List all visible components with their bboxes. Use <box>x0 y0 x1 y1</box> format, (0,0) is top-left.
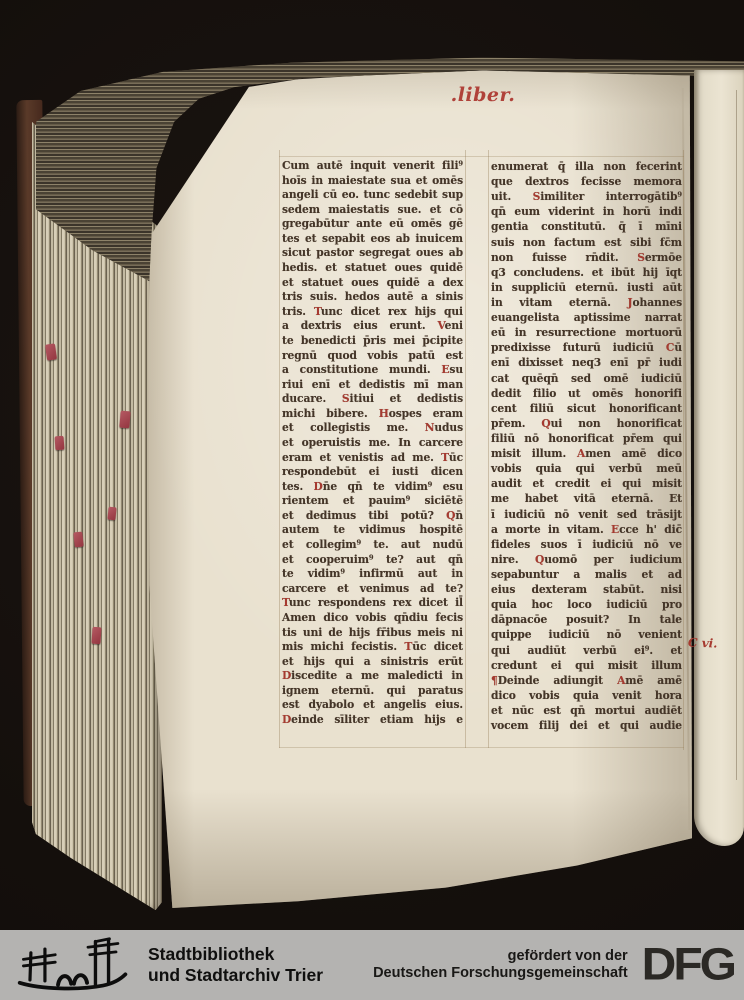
manuscript-line: rientem et pauim⁹ siciētē <box>282 494 463 509</box>
manuscript-line: michi bibere. Hospes eram <box>282 407 463 422</box>
rubricated-initial: D <box>282 713 291 726</box>
manuscript-line: cat quēqn̄ sed omē iudiciū <box>491 371 682 386</box>
manuscript-line: quia hoc loco iudiciū pro <box>491 597 682 612</box>
funding-credit-line2: Deutschen Forschungsgemeinschaft <box>373 965 628 982</box>
manuscript-line: a morte in vitam. Ecce h' dic̄ <box>491 522 682 537</box>
manuscript-line: hoīs in maiestate sua et omēs <box>282 174 463 189</box>
bookmark-tab <box>107 507 116 521</box>
ruling-line <box>465 150 466 748</box>
manuscript-line: Discedite a me maledicti in <box>282 669 463 684</box>
bookmark-tab <box>55 436 65 451</box>
manuscript-line: respondebūt ei iusti dicen <box>282 465 463 480</box>
ruling-line <box>279 747 684 748</box>
manuscript-line: vobis quia qui verbū meū <box>491 461 682 476</box>
manuscript-line: regnū quod vobis patū est <box>282 349 463 364</box>
rubricated-initial: S <box>637 251 645 264</box>
manuscript-line: tes. Dn̄e qn̄ te vidim⁹ esu <box>282 480 463 495</box>
manuscript-line: q3 concludens. et ibūt hij īqt <box>491 265 682 280</box>
manuscript-line: misit illum. Amen amē dico <box>491 446 682 461</box>
manuscript-line: tris. Tunc dicet rex hijs qui <box>282 305 463 320</box>
manuscript-line: autem te vidimus hospitē <box>282 523 463 538</box>
bookmark-tab <box>45 343 57 360</box>
bookmark-tab <box>73 532 84 548</box>
manuscript-line: in suppliciū eternū. iusti aūt <box>491 280 682 295</box>
manuscript-line: sedem maiestatis sue. et cō <box>282 203 463 218</box>
ruling-line <box>279 156 684 157</box>
manuscript-line: quippe iudiciū nō venient <box>491 627 682 642</box>
manuscript-line: est dyabolo et angelis eius. <box>282 698 463 713</box>
manuscript-line: ignem eternū. qui paratus <box>282 684 463 699</box>
manuscript-line: Tunc respondens rex dicet il̄ <box>282 596 463 611</box>
manuscript-line: que dextros fecisse memora <box>491 174 682 189</box>
manuscript-line: angeli cū eo. tunc sedebit sup <box>282 188 463 203</box>
manuscript-line: tes et sepabit eos ab inuicem <box>282 232 463 247</box>
text-column-right: enumerat q̄ illa non fecerintque dextros… <box>491 159 682 733</box>
manuscript-line: et statuet oues quidē a dex <box>282 276 463 291</box>
bookmark-tab <box>91 627 101 645</box>
manuscript-line: eū in resurrectione mortuorū <box>491 325 682 340</box>
rubricated-initial: ¶ <box>491 674 498 687</box>
manuscript-line: et hijs qui a sinistris erūt <box>282 655 463 670</box>
manuscript-line: a constitutione mundi. Esu <box>282 363 463 378</box>
rubricated-initial: A <box>577 447 585 460</box>
manuscript-line: dedit filio ut omēs honorifi <box>491 386 682 401</box>
text-column-left: Cum autē inquit venerit fili⁹hoīs in mai… <box>282 159 463 728</box>
manuscript-line: carcere et venimus ad te? <box>282 582 463 597</box>
footer-bar: Stadtbibliothek und Stadtarchiv Trier ge… <box>0 930 744 1000</box>
funding-credit: gefördert von der Deutschen Forschungsge… <box>373 948 628 982</box>
rubricated-initial: N <box>425 421 435 434</box>
stadtbibliothek-trier-logo porta-nigra-icon <box>14 936 132 994</box>
manuscript-line: Cum autē inquit venerit fili⁹ <box>282 159 463 174</box>
manuscript-line: te benedicti p̄ris mei p̄cipite <box>282 334 463 349</box>
manuscript-line: riui enī et dedistis mī man <box>282 378 463 393</box>
manuscript-line: et nūc est qn̄ mortui audiēt <box>491 703 682 718</box>
manuscript-line: sicut pastor segregat oues ab <box>282 246 463 261</box>
manuscript-line: tis uni de hijs fr̄ibus meis ni <box>282 626 463 641</box>
manuscript-line: eram et venistis ad me. Tūc <box>282 451 463 466</box>
rubricated-initial: Q <box>541 417 550 430</box>
manuscript-line: dico vobis quia venit hora <box>491 688 682 703</box>
manuscript-line: mis michi fecistis. Tūc dicet <box>282 640 463 655</box>
manuscript-line: hedis. et statuet oues quidē <box>282 261 463 276</box>
manuscript-line: ducare. Sitiui et dedistis <box>282 392 463 407</box>
rubricated-initial: V <box>437 319 444 332</box>
rubricated-initial: H <box>379 407 389 420</box>
rubricated-initial: Q <box>446 509 455 522</box>
rubricated-initial: T <box>314 305 321 318</box>
manuscript-line: nire. Quomō per iudicium <box>491 552 682 567</box>
manuscript-line: predixisse futurū iudiciū Cū <box>491 340 682 355</box>
manuscript-line: qui audiūt verbū ei⁹. et <box>491 643 682 658</box>
manuscript-line: filiū nō honorificat pr̄em qui <box>491 431 682 446</box>
ruling-line <box>488 150 489 748</box>
dfg-logo: DFG <box>642 937 734 994</box>
rubricated-initial: D <box>282 669 291 682</box>
rubricated-initial: T <box>282 596 289 609</box>
manuscript-line: eius dexteram stabūt. nisi <box>491 582 682 597</box>
manuscript-line: sepabuntur a malis et ad <box>491 567 682 582</box>
manuscript-line: dāpnacōe posuit? In tale <box>491 612 682 627</box>
manuscript-line: non fuisse rn̄dit. Sermōe <box>491 250 682 265</box>
manuscript-line: vocem filij dei et qui audie <box>491 718 682 733</box>
manuscript-line: tris suis. hedos autē a sinis <box>282 290 463 305</box>
ruling-line <box>279 150 280 748</box>
manuscript-line: et collegim⁹ te. aut nudū <box>282 538 463 553</box>
manuscript-line: credunt ei qui misit illum <box>491 658 682 673</box>
manuscript-line: et operuistis me. In carcere <box>282 436 463 451</box>
manuscript-line: suis non factum est sibi fc̄m <box>491 235 682 250</box>
rubricated-initial: E <box>611 523 619 536</box>
manuscript-line: enumerat q̄ illa non fecerint <box>491 159 682 174</box>
manuscript-line: te vidim⁹ infirmū aut in <box>282 567 463 582</box>
manuscript-line: ī iudiciū nō venit sed trāsijt <box>491 507 682 522</box>
facing-page-crease <box>736 90 737 780</box>
rubricated-initial: Q <box>535 553 544 566</box>
manuscript-line: cent filiū sicut honorificant <box>491 401 682 416</box>
funding-credit-line1: gefördert von der <box>373 948 628 965</box>
manuscript-line: ¶Deinde adiungit Amē amē <box>491 673 682 688</box>
chapter-marginal-note: C vi. <box>688 635 718 650</box>
manuscript-line: in vitam eternā. Johannes <box>491 295 682 310</box>
running-title: .liber. <box>428 84 538 106</box>
manuscript-scan-viewport: .liber. Cum autē inquit venerit fili⁹hoī… <box>0 0 744 1000</box>
library-name: Stadtbibliothek und Stadtarchiv Trier <box>148 944 323 986</box>
library-name-line2: und Stadtarchiv Trier <box>148 965 323 986</box>
manuscript-line: gentia constitutū. q̄ ī mīni <box>491 219 682 234</box>
manuscript-line: et collegistis me. Nudus <box>282 421 463 436</box>
manuscript-line: pr̄em. Qui non honorificat <box>491 416 682 431</box>
library-name-line1: Stadtbibliothek <box>148 944 323 965</box>
ruling-line <box>683 150 684 750</box>
manuscript-line: euangelista aptissime narrat <box>491 310 682 325</box>
manuscript-line: gregabūtur ante eū omēs gē <box>282 217 463 232</box>
manuscript-line: Deinde sīliter etiam hijs e <box>282 713 463 728</box>
rubricated-initial: D <box>314 480 323 493</box>
manuscript-line: qn̄ eum viderint in horū indi <box>491 204 682 219</box>
rubricated-initial: S <box>342 392 350 405</box>
manuscript-line: uit. Similiter interrogātib⁹ <box>491 189 682 204</box>
rubricated-initial: T <box>441 451 449 464</box>
manuscript-line: a dextris eius erunt. Veni <box>282 319 463 334</box>
bookmark-tab <box>119 411 130 429</box>
manuscript-line: audit et credit ei qui misit <box>491 476 682 491</box>
manuscript-line: enī dixisset neq3 enī pr̄ iudi <box>491 355 682 370</box>
manuscript-line: Amen dico vobis qn̄diu fecis <box>282 611 463 626</box>
manuscript-line: et dedimus tibi potū? Qn̄ <box>282 509 463 524</box>
manuscript-line: fideles suos ī iudiciū nō ve <box>491 537 682 552</box>
manuscript-line: me habet vitā eternā. Et <box>491 491 682 506</box>
manuscript-line: et cooperuim⁹ te? aut qn̄ <box>282 553 463 568</box>
